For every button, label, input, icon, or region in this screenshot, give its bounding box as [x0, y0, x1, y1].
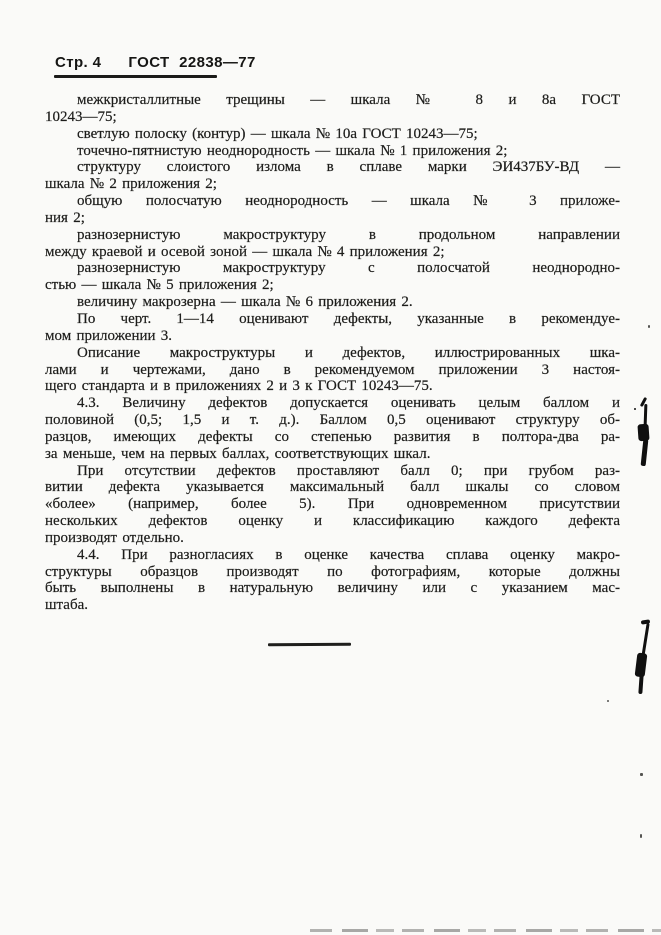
page-header: Стр. 4ГОСТ 22838—77 [55, 54, 256, 71]
text-line: за меньше, чем на первых баллах, соответ… [45, 446, 620, 463]
text-line: разцов, имеющих дефекты со степенью разв… [45, 429, 620, 446]
text-line: структуры образцов производят по фотогра… [45, 564, 620, 581]
paragraph: точечно-пятнистую неоднородность — шкала… [45, 143, 620, 160]
text-line: витии дефекта указывается максимальный б… [45, 479, 620, 496]
paragraph: 4.3. Величину дефектов допускается оцени… [45, 395, 620, 462]
text-line: между краевой и осевой зоной — шкала № 4… [45, 244, 620, 261]
paragraph: межкристаллитные трещины — шкала № 8 и 8… [45, 92, 620, 126]
text-line: точечно-пятнистую неоднородность — шкала… [45, 143, 620, 160]
ink-smudge-part [644, 404, 648, 426]
text-line: щего стандарта и в приложениях 2 и 3 к Г… [45, 378, 620, 395]
paragraph: разнозернистую макроструктуру в продольн… [45, 227, 620, 261]
text-line: При отсутствии дефектов проставляют балл… [45, 463, 620, 480]
text-line: штаба. [45, 597, 620, 614]
text-line: быть выполнены в натуральную величину ил… [45, 580, 620, 597]
ink-smudge-artifact [634, 396, 652, 470]
text-line: структуру слоистого излома в сплаве марк… [45, 159, 620, 176]
text-line: 4.3. Величину дефектов допускается оцени… [45, 395, 620, 412]
text-line: 10243—75; [45, 109, 620, 126]
text-line: лами и чертежами, дано в рекомендуемом п… [45, 362, 620, 379]
paragraph: При отсутствии дефектов проставляют балл… [45, 463, 620, 547]
ink-smudge-part [641, 623, 649, 657]
text-line: стью — шкала № 5 приложения 2; [45, 277, 620, 294]
text-line: половиной (0,5; 1,5 и т. д.). Баллом 0,5… [45, 412, 620, 429]
page-number-label: Стр. 4 [55, 54, 101, 71]
scan-speck [648, 325, 650, 328]
text-line: По черт. 1—14 оценивают дефекты, указанн… [45, 311, 620, 328]
paragraph: структуру слоистого излома в сплаве марк… [45, 159, 620, 193]
paragraph: По черт. 1—14 оценивают дефекты, указанн… [45, 311, 620, 345]
paragraph: Описание макроструктуры и дефектов, иллю… [45, 345, 620, 396]
document-body: межкристаллитные трещины — шкала № 8 и 8… [45, 92, 620, 614]
paragraph: разнозернистую макроструктуру с полосчат… [45, 260, 620, 294]
header-underline [54, 75, 217, 78]
text-line: шкала № 2 приложения 2; [45, 176, 620, 193]
scan-speck [640, 834, 642, 838]
text-line: ния 2; [45, 210, 620, 227]
text-line: 4.4. При разногласиях в оценке качества … [45, 547, 620, 564]
ink-smudge-part [638, 674, 643, 694]
text-line: нескольких дефектов оценку и классификац… [45, 513, 620, 530]
text-line: светлую полоску (контур) — шкала № 10а Г… [45, 126, 620, 143]
paragraph: 4.4. При разногласиях в оценке качества … [45, 547, 620, 614]
ink-smudge-artifact [633, 619, 651, 695]
paragraph: величину макрозерна — шкала № 6 приложен… [45, 294, 620, 311]
text-line: общую полосчатую неоднородность — шкала … [45, 193, 620, 210]
section-divider [268, 643, 351, 646]
text-line: мом приложении 3. [45, 328, 620, 345]
scanned-page: Стр. 4ГОСТ 22838—77 межкристаллитные тре… [0, 0, 661, 935]
scan-speck [607, 700, 609, 702]
ink-smudge-part [641, 439, 649, 466]
text-line: межкристаллитные трещины — шкала № 8 и 8… [45, 92, 620, 109]
text-line: разнозернистую макроструктуру в продольн… [45, 227, 620, 244]
scan-speck [640, 773, 643, 776]
ink-smudge-part [634, 408, 636, 410]
text-line: разнозернистую макроструктуру с полосчат… [45, 260, 620, 277]
text-line: Описание макроструктуры и дефектов, иллю… [45, 345, 620, 362]
page-edge-artifact [310, 929, 661, 932]
text-line: величину макрозерна — шкала № 6 приложен… [45, 294, 620, 311]
paragraph: светлую полоску (контур) — шкала № 10а Г… [45, 126, 620, 143]
text-line: «более» (например, более 5). При одновре… [45, 496, 620, 513]
standard-number-label: ГОСТ 22838—77 [128, 54, 255, 71]
text-line: производят отдельно. [45, 530, 620, 547]
paragraph: общую полосчатую неоднородность — шкала … [45, 193, 620, 227]
